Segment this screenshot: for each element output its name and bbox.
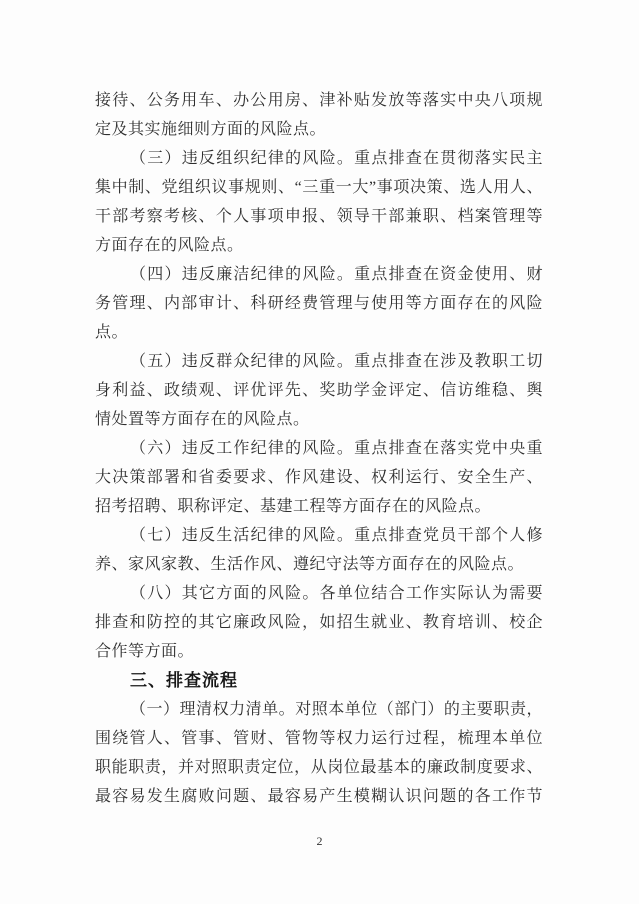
text-line: 情处置等方面存在的风险点。 xyxy=(95,405,543,434)
text-line: 职能职责，并对照职责定位，从岗位最基本的廉政制度要求、 xyxy=(95,753,543,782)
text-line: 务管理、内部审计、科研经费管理与使用等方面存在的风险 xyxy=(95,289,543,318)
text-line: 养、家风家教、生活作风、遵纪守法等方面存在的风险点。 xyxy=(95,550,543,579)
document-page: 接待、公务用车、办公用房、津补贴发放等落实中央八项规定及其实施细则方面的风险点。… xyxy=(0,0,639,904)
text-line: 招考招聘、职称评定、基建工程等方面存在的风险点。 xyxy=(95,492,543,521)
text-line: 排查和防控的其它廉政风险，如招生就业、教育培训、校企 xyxy=(95,608,543,637)
text-line: 最容易发生腐败问题、最容易产生模糊认识问题的各工作节 xyxy=(95,782,543,811)
text-line: （八）其它方面的风险。各单位结合工作实际认为需要 xyxy=(95,579,543,608)
text-line: （一）理清权力清单。对照本单位（部门）的主要职责， xyxy=(95,695,543,724)
text-line: 接待、公务用车、办公用房、津补贴发放等落实中央八项规 xyxy=(95,86,543,115)
text-line: 大决策部署和省委要求、作风建设、权利运行、安全生产、 xyxy=(95,463,543,492)
text-line: 定及其实施细则方面的风险点。 xyxy=(95,115,543,144)
text-line: （六）违反工作纪律的风险。重点排查在落实党中央重 xyxy=(95,434,543,463)
text-column: 接待、公务用车、办公用房、津补贴发放等落实中央八项规定及其实施细则方面的风险点。… xyxy=(95,86,543,811)
text-line: 集中制、党组织议事规则、“三重一大”事项决策、选人用人、 xyxy=(95,173,543,202)
text-line: （五）违反群众纪律的风险。重点排查在涉及教职工切 xyxy=(95,347,543,376)
section-heading: 三、排查流程 xyxy=(95,666,543,695)
text-line: 点。 xyxy=(95,318,543,347)
page-number: 2 xyxy=(0,834,639,849)
text-line: （七）违反生活纪律的风险。重点排查党员干部个人修 xyxy=(95,521,543,550)
text-line: 合作等方面。 xyxy=(95,637,543,666)
text-line: 方面存在的风险点。 xyxy=(95,231,543,260)
text-line: （三）违反组织纪律的风险。重点排查在贯彻落实民主 xyxy=(95,144,543,173)
text-line: 围绕管人、管事、管财、管物等权力运行过程，梳理本单位 xyxy=(95,724,543,753)
text-line: 身利益、政绩观、评优评先、奖助学金评定、信访维稳、舆 xyxy=(95,376,543,405)
text-line: （四）违反廉洁纪律的风险。重点排查在资金使用、财 xyxy=(95,260,543,289)
text-line: 干部考察考核、个人事项申报、领导干部兼职、档案管理等 xyxy=(95,202,543,231)
